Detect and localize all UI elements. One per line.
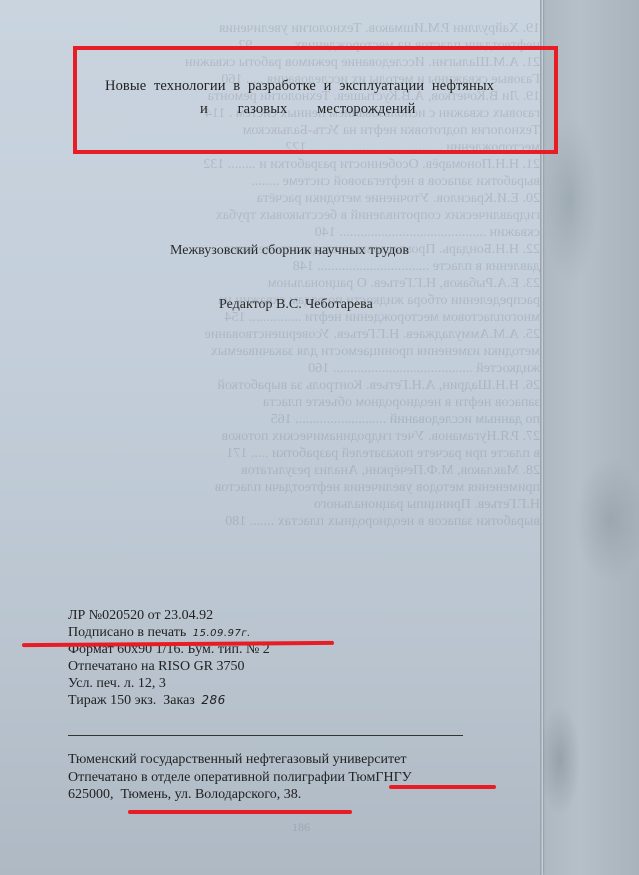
printed-on-line: Отпечатано на RISO GR 3750 bbox=[68, 658, 270, 675]
title-highlight-box bbox=[73, 46, 558, 154]
signed-line: Подписано в печать 15.09.97г. bbox=[68, 624, 270, 641]
license-line: ЛР №020520 от 23.04.92 bbox=[68, 607, 270, 624]
separator-rule bbox=[68, 735, 463, 736]
address-line: 625000, Тюмень, ул. Володарского, 38. bbox=[68, 786, 412, 804]
order-label: Заказ bbox=[163, 693, 195, 708]
printed-at-line: Отпечатано в отделе оперативной полиграф… bbox=[68, 769, 412, 787]
bleed-line: гидравлических сопротивлений в бесстыков… bbox=[60, 207, 540, 224]
bleed-line: выработки запасов в нефтегазовой системе… bbox=[60, 173, 540, 190]
address-underline bbox=[128, 810, 352, 814]
bleed-line: выработки запасов в неоднородных пластах… bbox=[60, 513, 540, 530]
postcode: 625000, bbox=[68, 787, 114, 802]
bleed-line: применения методов увеличения нефтеотдач… bbox=[60, 479, 540, 496]
bleed-line: 19. Хайруллин Р.М.Ишмаков. Технологии ув… bbox=[60, 20, 540, 37]
collection-subtitle: Межвузовский сборник научных трудов bbox=[170, 243, 409, 259]
run-order-line: Тираж 150 экз. Заказ 286 bbox=[68, 692, 270, 709]
imprint-block: ЛР №020520 от 23.04.92 Подписано в печат… bbox=[68, 607, 270, 709]
bleed-line: 25. А.М.Аммуладжаев. Н.Г.Гетьев. Усоверш… bbox=[60, 326, 540, 343]
bleed-line: давления в пласте ......................… bbox=[60, 258, 540, 275]
publisher-block: Тюменский государственный нефтегазовый у… bbox=[68, 751, 412, 804]
tyumgngu-underline bbox=[389, 785, 496, 789]
signed-date-handwritten: 15.09.97г. bbox=[193, 628, 251, 639]
bleed-line: запасов нефти в неоднородном объекте пла… bbox=[60, 394, 540, 411]
bleed-line: 23. Е.А.Рыбаков, Н.Г.Гетьев. О рациональ… bbox=[60, 275, 540, 292]
bleed-line: 21. Н.Н.Пономарёв. Особенности разработк… bbox=[60, 156, 540, 173]
signed-label: Подписано в печать bbox=[68, 625, 186, 640]
bleed-page-number: 186 bbox=[292, 820, 310, 835]
bleed-line: скважин ................................… bbox=[60, 224, 540, 241]
bleed-line: жидкостей ..............................… bbox=[60, 360, 540, 377]
bleed-line: 20. Е.И.Красилов. Уточнение методики рас… bbox=[60, 190, 540, 207]
bleed-line: по данным исследований .................… bbox=[60, 411, 540, 428]
street-address: Тюмень, ул. Володарского, 38. bbox=[121, 787, 302, 802]
bleed-line: методики изменения проницаемости для зак… bbox=[60, 343, 540, 360]
bleed-line: 27. Р.Я.Нугаманов. Учет гидродинамически… bbox=[60, 428, 540, 445]
order-number-handwritten: 286 bbox=[201, 693, 225, 707]
editor-credit: Редактор В.С. Чеботарева bbox=[219, 297, 373, 313]
bleed-line: 26. Н.Н.Шадрин, А.Н.Гетьев. Контроль за … bbox=[60, 377, 540, 394]
bleed-line: в пласте при расчете показателей разрабо… bbox=[60, 445, 540, 462]
run-label: Тираж 150 экз. bbox=[68, 693, 156, 708]
bleed-line: 28. Маклаков, М.Ф.Печёркин, Анализ резул… bbox=[60, 462, 540, 479]
bleed-line: Н.Г.Гетьев. Принципы рационального bbox=[60, 496, 540, 513]
university-line: Тюменский государственный нефтегазовый у… bbox=[68, 751, 412, 769]
print-sheets-line: Усл. печ. л. 12, 3 bbox=[68, 675, 270, 692]
